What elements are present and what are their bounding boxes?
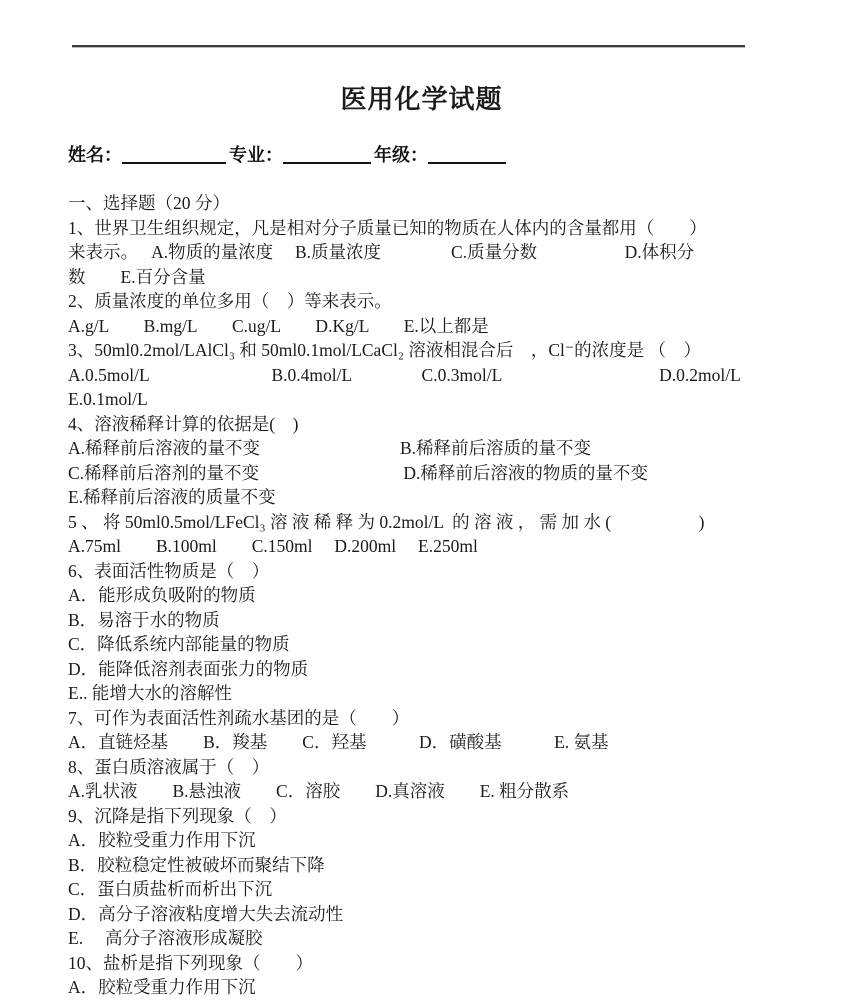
header-rule: [72, 45, 745, 48]
q8-line-1: 8、蛋白质溶液属于（ ）: [68, 755, 780, 780]
q9-line-2: A．胶粒受重力作用下沉: [68, 828, 780, 853]
major-label: 专业：: [229, 145, 283, 165]
q7-line-1: 7、可作为表面活性剂疏水基团的是（ ）: [68, 706, 780, 731]
q9-line-1: 9、沉降是指下列现象（ ）: [68, 804, 780, 829]
q6-line-5: D．能降低溶剂表面张力的物质: [68, 657, 780, 682]
q10-line-2: A．胶粒受重力作用下沉: [68, 975, 780, 1000]
q6-line-4: C．降低系统内部能量的物质: [68, 632, 780, 657]
student-info-row: 姓名：专业：年级：: [68, 141, 506, 167]
exam-document-page: 医用化学试题 姓名：专业：年级： 一、选择题（20 分） 1、世界卫生组织规定，…: [0, 0, 843, 1002]
q2-line-1: 2、质量浓度的单位多用（ ）等来表示。: [68, 289, 780, 314]
q8-line-2: A.乳状液 B.悬浊液 C．溶胶 D.真溶液 E. 粗分散系: [68, 779, 780, 804]
grade-label: 年级：: [374, 145, 428, 165]
grade-blank-field[interactable]: [428, 143, 506, 164]
q3-line-1: 3、50ml0.2mol/LAlCl₃ 和 50ml0.1mol/LCaCl₂ …: [68, 338, 780, 363]
q4-line-4: E.稀释前后溶液的质量不变: [68, 485, 780, 510]
q1-line-2: 来表示。 A.物质的量浓度 B.质量浓度 C.质量分数 D.体积分: [68, 240, 780, 265]
q6-line-2: A．能形成负吸附的物质: [68, 583, 780, 608]
q4-line-3: C.稀释前后溶剂的量不变 D.稀释前后溶液的物质的量不变: [68, 461, 780, 486]
q4-line-1: 4、溶液稀释计算的依据是( ): [68, 412, 780, 437]
section-heading: 一、选择题（20 分）: [68, 191, 780, 216]
q1-line-3: 数 E.百分含量: [68, 265, 780, 290]
q3-line-2: A.0.5mol/L B.0.4mol/L C.0.3mol/L D.0.2mo…: [68, 363, 780, 388]
name-blank-field[interactable]: [122, 143, 226, 164]
exam-body: 一、选择题（20 分） 1、世界卫生组织规定，凡是相对分子质量已知的物质在人体内…: [68, 191, 780, 1000]
q6-line-1: 6、表面活性物质是（ ）: [68, 559, 780, 584]
q6-line-3: B．易溶于水的物质: [68, 608, 780, 633]
q9-line-3: B．胶粒稳定性被破坏而聚结下降: [68, 853, 780, 878]
q7-line-2: A．直链烃基 B．羧基 C．羟基 D．磺酸基 E. 氨基: [68, 730, 780, 755]
q3-line-3: E.0.1mol/L: [68, 387, 780, 412]
q10-line-1: 10、盐析是指下列现象（ ）: [68, 951, 780, 976]
name-label: 姓名：: [68, 145, 122, 165]
q9-line-6: E. 高分子溶液形成凝胶: [68, 926, 780, 951]
q9-line-4: C．蛋白质盐析而析出下沉: [68, 877, 780, 902]
questions-container: 1、世界卫生组织规定，凡是相对分子质量已知的物质在人体内的含量都用（ ）来表示。…: [68, 216, 780, 1000]
q1-line-1: 1、世界卫生组织规定，凡是相对分子质量已知的物质在人体内的含量都用（ ）: [68, 216, 780, 241]
q6-line-6: E.. 能增大水的溶解性: [68, 681, 780, 706]
major-blank-field[interactable]: [283, 143, 371, 164]
q9-line-5: D．高分子溶液粘度增大失去流动性: [68, 902, 780, 927]
q2-line-2: A.g/L B.mg/L C.ug/L D.Kg/L E.以上都是: [68, 314, 780, 339]
q5-line-1: 5 、 将 50ml0.5mol/LFeCl₃ 溶 液 稀 释 为 0.2mol…: [68, 510, 780, 535]
q5-line-2: A.75ml B.100ml C.150ml D.200ml E.250ml: [68, 534, 780, 559]
q4-line-2: A.稀释前后溶液的量不变 B.稀释前后溶质的量不变: [68, 436, 780, 461]
page-title: 医用化学试题: [0, 79, 843, 116]
